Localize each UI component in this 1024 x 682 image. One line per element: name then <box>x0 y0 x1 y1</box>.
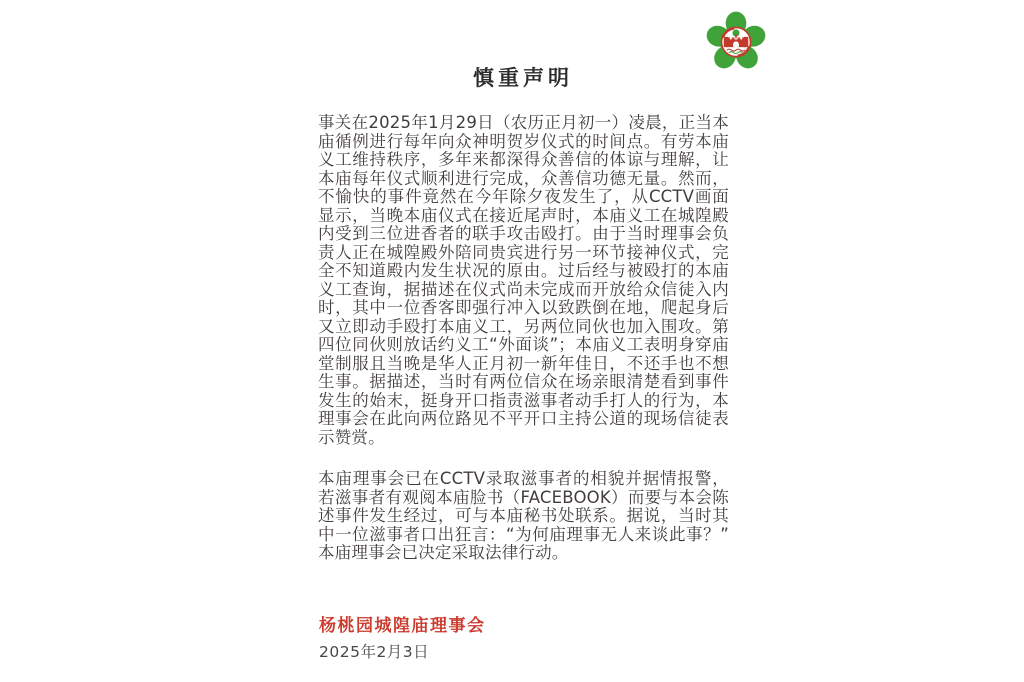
statement-document: 慎重声明 事关在2025年1月29日（农历正月初一）凌晨，正当本庙循例进行每年向… <box>0 0 1024 682</box>
statement-date: 2025年2月3日 <box>319 640 429 662</box>
issuer-signature: 杨桃园城隍庙理事会 <box>319 611 486 636</box>
statement-paragraph-2: 本庙理事会已在CCTV录取滋事者的相貌并据情报警，若滋事者有观阅本庙脸书（FAC… <box>318 470 729 563</box>
statement-title: 慎重声明 <box>318 62 728 92</box>
statement-paragraph-1: 事关在2025年1月29日（农历正月初一）凌晨，正当本庙循例进行每年向众神明贺岁… <box>318 114 729 447</box>
